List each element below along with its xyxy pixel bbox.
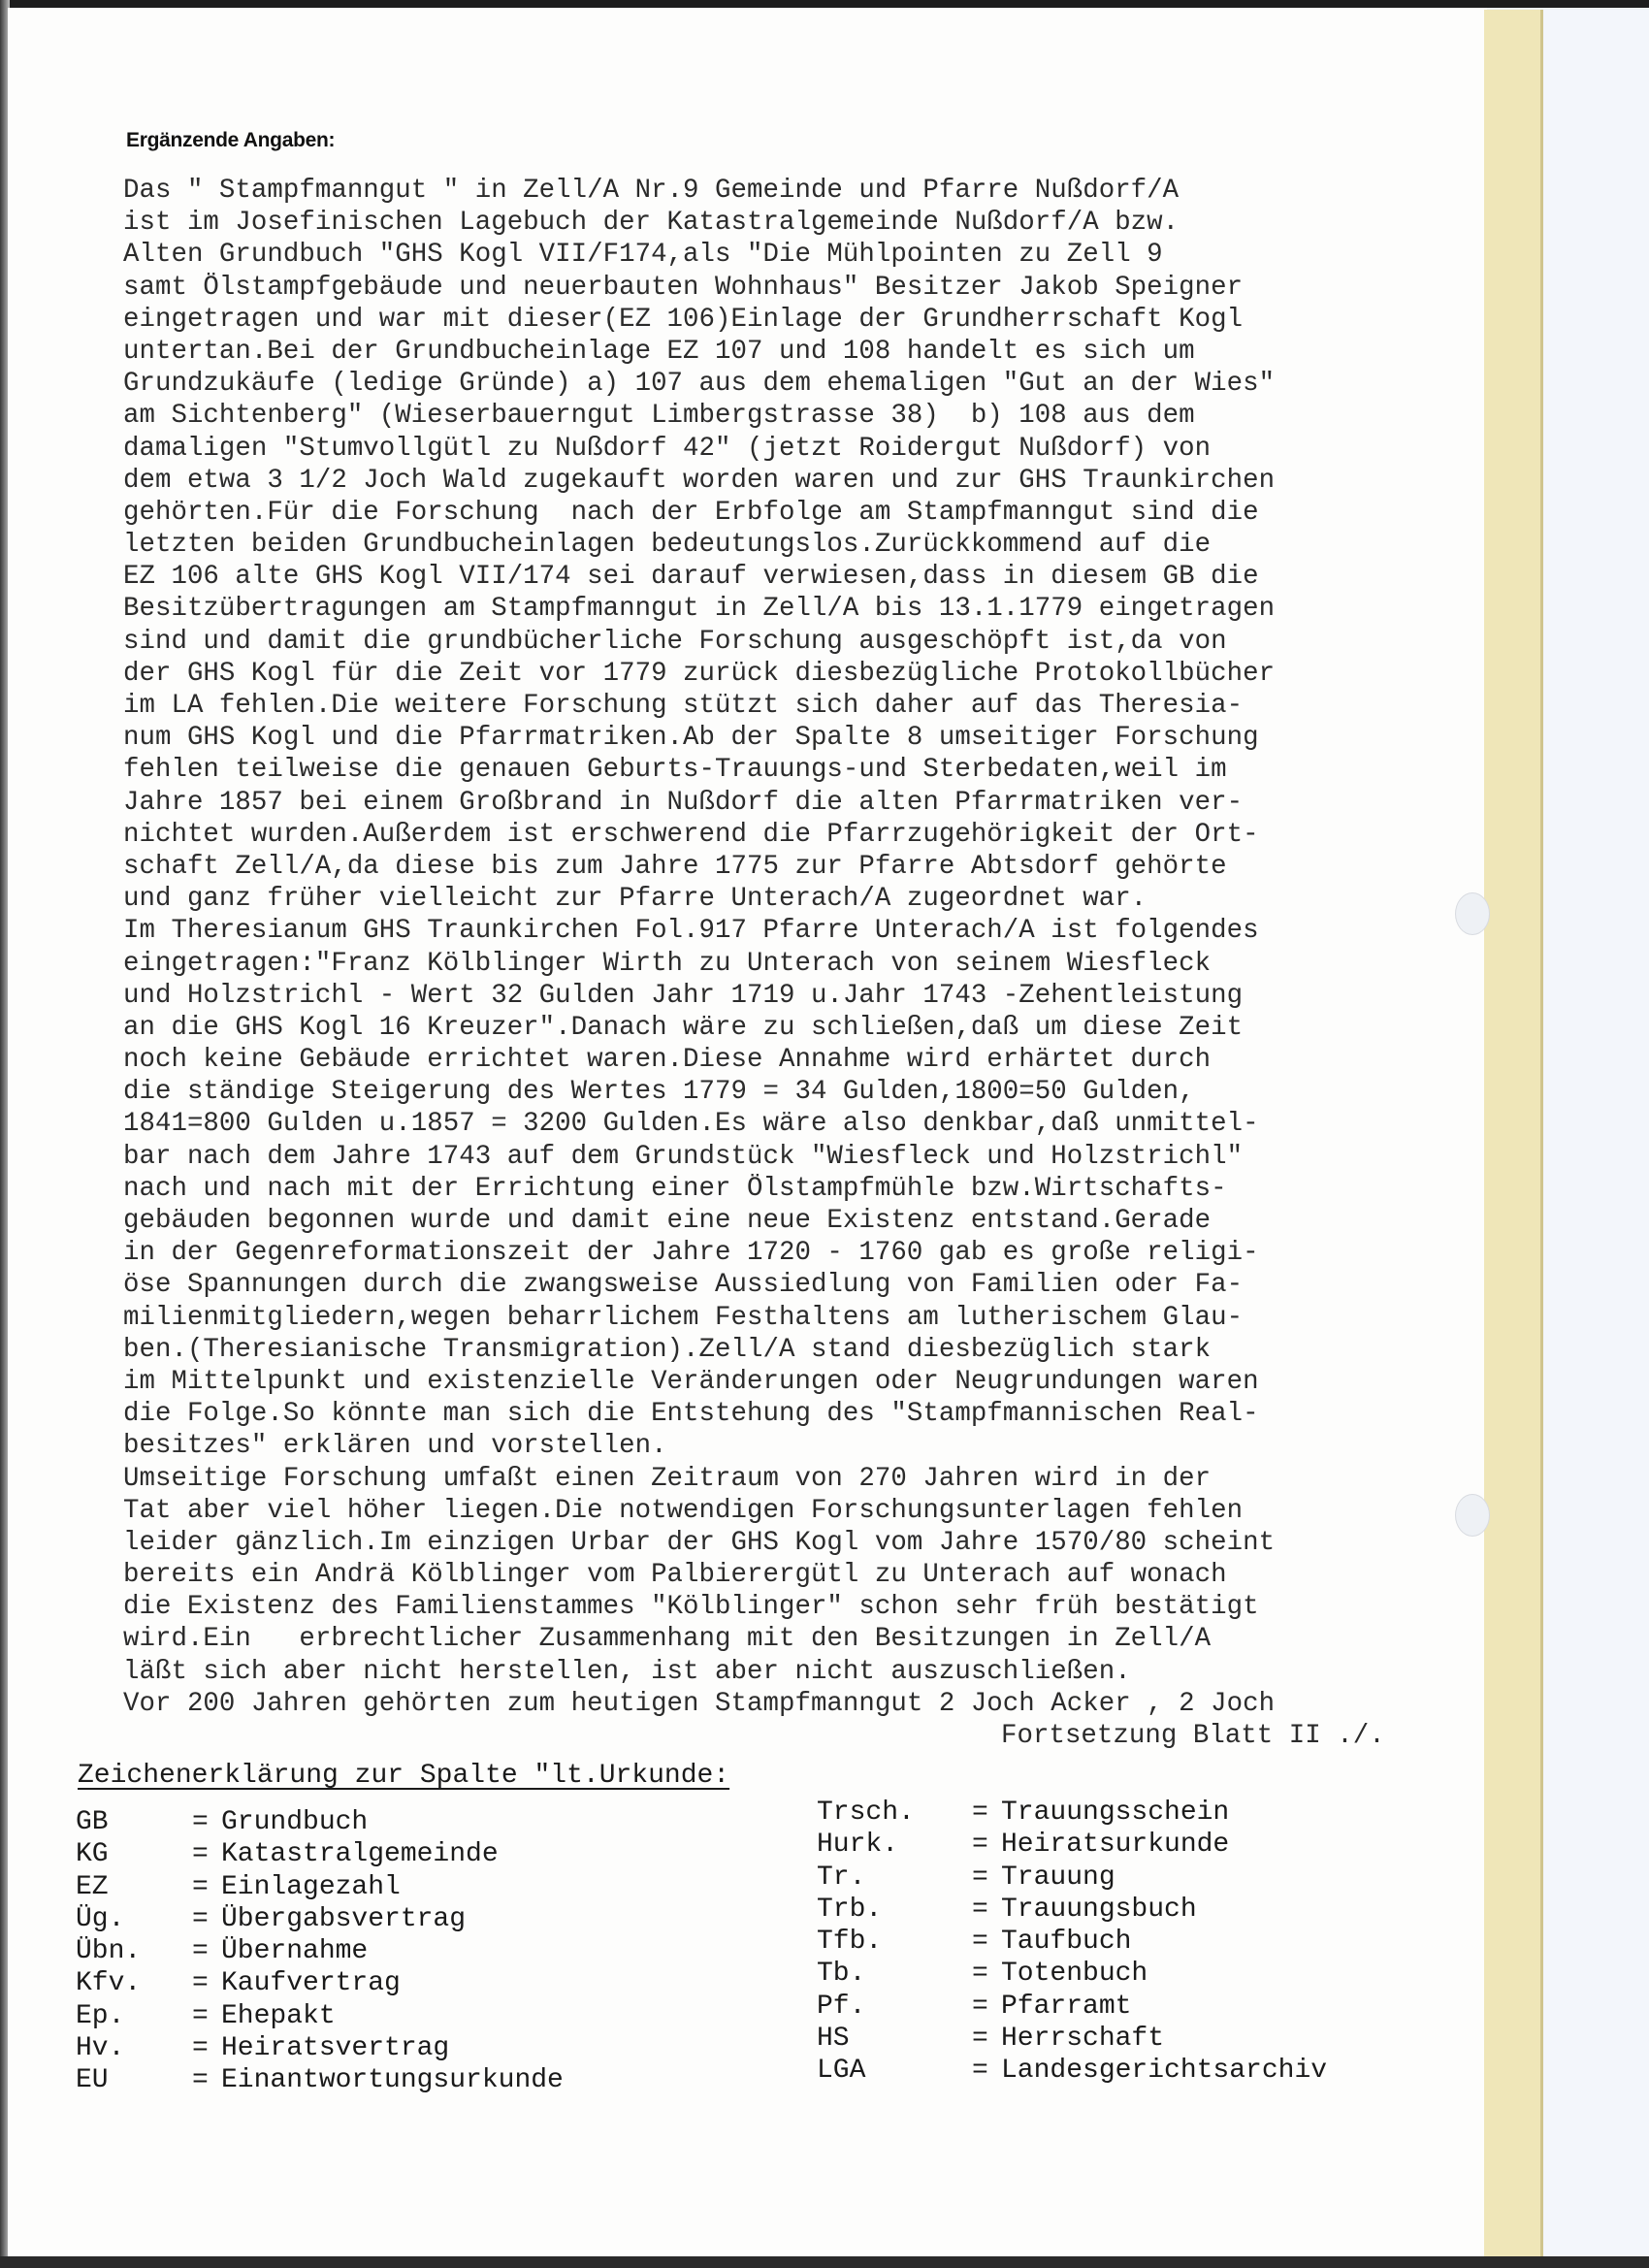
legend-equals: = — [972, 1958, 1001, 1990]
legend-equals: = — [192, 2000, 221, 2032]
legend-meaning: Trauungsbuch — [1001, 1894, 1197, 1926]
text-line: sind und damit die grundbücherliche Fors… — [123, 626, 1539, 658]
legend-abbreviation: Hv. — [76, 2032, 192, 2064]
legend-meaning: Heiratsurkunde — [1001, 1829, 1229, 1861]
text-line: dem etwa 3 1/2 Joch Wald zugekauft worde… — [123, 465, 1539, 497]
legend-meaning: Grundbuch — [221, 1806, 368, 1838]
text-line: bar nach dem Jahre 1743 auf dem Grundstü… — [123, 1141, 1539, 1173]
legend-right-column: Trsch.=TrauungsscheinHurk.=Heiratsurkund… — [817, 1797, 1327, 2088]
text-line: schaft Zell/A,da diese bis zum Jahre 177… — [123, 851, 1539, 883]
legend-abbreviation: Tfb. — [817, 1926, 972, 1958]
legend-meaning: Pfarramt — [1001, 1991, 1131, 2023]
text-line: ist im Josefinischen Lagebuch der Katast… — [123, 207, 1539, 239]
text-line: Tat aber viel höher liegen.Die notwendig… — [123, 1495, 1539, 1527]
text-line: milienmitgliedern,wegen beharrlichem Fes… — [123, 1302, 1539, 1334]
text-line: im LA fehlen.Die weitere Forschung stütz… — [123, 690, 1539, 722]
legend-left-column: GB=GrundbuchKG=KatastralgemeindeEZ=Einla… — [76, 1806, 564, 2097]
scan-top-edge — [0, 0, 1649, 8]
legend-equals: = — [972, 2023, 1001, 2055]
legend-abbreviation: Tr. — [817, 1862, 972, 1894]
legend-equals: = — [972, 1991, 1001, 2023]
legend-entry: EU=Einantwortungsurkunde — [76, 2064, 564, 2096]
legend-meaning: Ehepakt — [221, 2000, 336, 2032]
legend-meaning: Taufbuch — [1001, 1926, 1131, 1958]
text-line: gebäuden begonnen wurde und damit eine n… — [123, 1205, 1539, 1237]
legend-equals: = — [192, 1871, 221, 1903]
legend-entry: EZ=Einlagezahl — [76, 1871, 564, 1903]
legend-equals: = — [192, 1903, 221, 1935]
text-line: Umseitige Forschung umfaßt einen Zeitrau… — [123, 1463, 1539, 1495]
legend-meaning: Herrschaft — [1001, 2023, 1164, 2055]
legend-abbreviation: GB — [76, 1806, 192, 1838]
continuation-note: Fortsetzung Blatt II ./. — [123, 1720, 1539, 1752]
legend-meaning: Übergabsvertrag — [221, 1903, 466, 1935]
text-line: Grundzukäufe (ledige Gründe) a) 107 aus … — [123, 368, 1539, 400]
text-line: bereits ein Andrä Kölblinger vom Palbier… — [123, 1559, 1539, 1591]
legend-abbreviation: LGA — [817, 2055, 972, 2087]
legend-entry: Kfv.=Kaufvertrag — [76, 1967, 564, 1999]
text-line: eingetragen:"Franz Kölblinger Wirth zu U… — [123, 948, 1539, 980]
legend-title: Zeichenerklärung zur Spalte "lt.Urkunde: — [78, 1761, 729, 1791]
legend-abbreviation: Pf. — [817, 1991, 972, 2023]
legend-equals: = — [972, 1862, 1001, 1894]
text-line: damaligen "Stumvollgütl zu Nußdorf 42" (… — [123, 433, 1539, 465]
text-line: num GHS Kogl und die Pfarrmatriken.Ab de… — [123, 722, 1539, 754]
legend-abbreviation: EZ — [76, 1871, 192, 1903]
legend-meaning: Kaufvertrag — [221, 1967, 401, 1999]
legend-entry: KG=Katastralgemeinde — [76, 1838, 564, 1870]
legend-equals: = — [972, 1894, 1001, 1926]
legend-entry: Üg.=Übergabsvertrag — [76, 1903, 564, 1935]
text-line: am Sichtenberg" (Wieserbauerngut Limberg… — [123, 400, 1539, 432]
legend-equals: = — [972, 2055, 1001, 2087]
text-line: und Holzstrichl - Wert 32 Gulden Jahr 17… — [123, 980, 1539, 1012]
text-line: noch keine Gebäude errichtet waren.Diese… — [123, 1044, 1539, 1076]
text-line: und ganz früher vielleicht zur Pfarre Un… — [123, 883, 1539, 915]
legend-abbreviation: Kfv. — [76, 1967, 192, 1999]
text-line: die Folge.So könnte man sich die Entsteh… — [123, 1398, 1539, 1430]
text-line: läßt sich aber nicht herstellen, ist abe… — [123, 1656, 1539, 1688]
text-line: Das " Stampfmanngut " in Zell/A Nr.9 Gem… — [123, 175, 1539, 207]
text-line: Vor 200 Jahren gehörten zum heutigen Sta… — [123, 1688, 1539, 1720]
text-line: Jahre 1857 bei einem Großbrand in Nußdor… — [123, 787, 1539, 819]
text-line: öse Spannungen durch die zwangsweise Aus… — [123, 1269, 1539, 1301]
legend-meaning: Einantwortungsurkunde — [221, 2064, 564, 2096]
legend-entry: Hurk.=Heiratsurkunde — [817, 1829, 1327, 1861]
legend-equals: = — [192, 2032, 221, 2064]
text-line: der GHS Kogl für die Zeit vor 1779 zurüc… — [123, 658, 1539, 690]
text-line: untertan.Bei der Grundbucheinlage EZ 107… — [123, 336, 1539, 368]
legend-abbreviation: Trb. — [817, 1894, 972, 1926]
legend-meaning: Landesgerichtsarchiv — [1001, 2055, 1327, 2087]
text-line: Alten Grundbuch "GHS Kogl VII/F174,als "… — [123, 239, 1539, 271]
legend-abbreviation: Trsch. — [817, 1797, 972, 1829]
legend-meaning: Übernahme — [221, 1935, 368, 1967]
legend-entry: Tr.=Trauung — [817, 1862, 1327, 1894]
text-line: nach und nach mit der Errichtung einer Ö… — [123, 1173, 1539, 1205]
legend-meaning: Totenbuch — [1001, 1958, 1148, 1990]
legend-abbreviation: Übn. — [76, 1935, 192, 1967]
legend-entry: Pf.=Pfarramt — [817, 1991, 1327, 2023]
text-line: besitzes" erklären und vorstellen. — [123, 1430, 1539, 1462]
text-line: die Existenz des Familienstammes "Kölbli… — [123, 1591, 1539, 1623]
legend-abbreviation: Tb. — [817, 1958, 972, 1990]
legend-equals: = — [192, 1967, 221, 1999]
legend-entry: Hv.=Heiratsvertrag — [76, 2032, 564, 2064]
typewritten-body: Das " Stampfmanngut " in Zell/A Nr.9 Gem… — [123, 175, 1539, 1752]
legend-equals: = — [192, 1935, 221, 1967]
legend-equals: = — [972, 1797, 1001, 1829]
text-line: ben.(Theresianische Transmigration).Zell… — [123, 1334, 1539, 1366]
legend-entry: LGA=Landesgerichtsarchiv — [817, 2055, 1327, 2087]
legend-meaning: Trauungsschein — [1001, 1797, 1229, 1829]
scan-bottom-edge — [0, 2256, 1649, 2268]
legend-entry: Trsch.=Trauungsschein — [817, 1797, 1327, 1829]
text-line: nichtet wurden.Außerdem ist erschwerend … — [123, 819, 1539, 851]
text-line: gehörten.Für die Forschung nach der Erbf… — [123, 497, 1539, 529]
section-label: Ergänzende Angaben: — [126, 129, 335, 152]
legend-meaning: Heiratsvertrag — [221, 2032, 449, 2064]
legend-meaning: Trauung — [1001, 1862, 1115, 1894]
legend-entry: Tb.=Totenbuch — [817, 1958, 1327, 1990]
text-line: in der Gegenreformationszeit der Jahre 1… — [123, 1237, 1539, 1269]
text-line: eingetragen und war mit dieser(EZ 106)Ei… — [123, 304, 1539, 336]
legend-equals: = — [192, 1838, 221, 1870]
legend-abbreviation: Üg. — [76, 1903, 192, 1935]
text-line: letzten beiden Grundbucheinlagen bedeutu… — [123, 529, 1539, 561]
legend-equals: = — [192, 2064, 221, 2096]
legend-meaning: Einlagezahl — [221, 1871, 401, 1903]
legend-entry: Ep.=Ehepakt — [76, 2000, 564, 2032]
text-line: die ständige Steigerung des Wertes 1779 … — [123, 1076, 1539, 1108]
text-line: Im Theresianum GHS Traunkirchen Fol.917 … — [123, 915, 1539, 947]
legend-abbreviation: Ep. — [76, 2000, 192, 2032]
legend-equals: = — [972, 1829, 1001, 1861]
legend-entry: Übn.=Übernahme — [76, 1935, 564, 1967]
text-line: leider gänzlich.Im einzigen Urbar der GH… — [123, 1527, 1539, 1559]
text-line: im Mittelpunkt und existenzielle Verände… — [123, 1366, 1539, 1398]
text-line: Besitzübertragungen am Stampfmanngut in … — [123, 593, 1539, 625]
legend-abbreviation: KG — [76, 1838, 192, 1870]
text-line: EZ 106 alte GHS Kogl VII/174 sei darauf … — [123, 561, 1539, 593]
legend-abbreviation: EU — [76, 2064, 192, 2096]
legend-entry: HS=Herrschaft — [817, 2023, 1327, 2055]
legend-abbreviation: HS — [817, 2023, 972, 2055]
legend-meaning: Katastralgemeinde — [221, 1838, 499, 1870]
legend-equals: = — [972, 1926, 1001, 1958]
text-line: fehlen teilweise die genauen Geburts-Tra… — [123, 754, 1539, 786]
legend-entry: Tfb.=Taufbuch — [817, 1926, 1327, 1958]
backing-sheet — [1543, 10, 1649, 2260]
text-line: an die GHS Kogl 16 Kreuzer".Danach wäre … — [123, 1012, 1539, 1044]
legend-equals: = — [192, 1806, 221, 1838]
legend-entry: Trb.=Trauungsbuch — [817, 1894, 1327, 1926]
text-line: 1841=800 Gulden u.1857 = 3200 Gulden.Es … — [123, 1108, 1539, 1140]
legend-abbreviation: Hurk. — [817, 1829, 972, 1861]
text-line: wird.Ein erbrechtlicher Zusammenhang mit… — [123, 1623, 1539, 1655]
text-line: samt Ölstampfgebäude und neuerbauten Woh… — [123, 272, 1539, 304]
legend-entry: GB=Grundbuch — [76, 1806, 564, 1838]
